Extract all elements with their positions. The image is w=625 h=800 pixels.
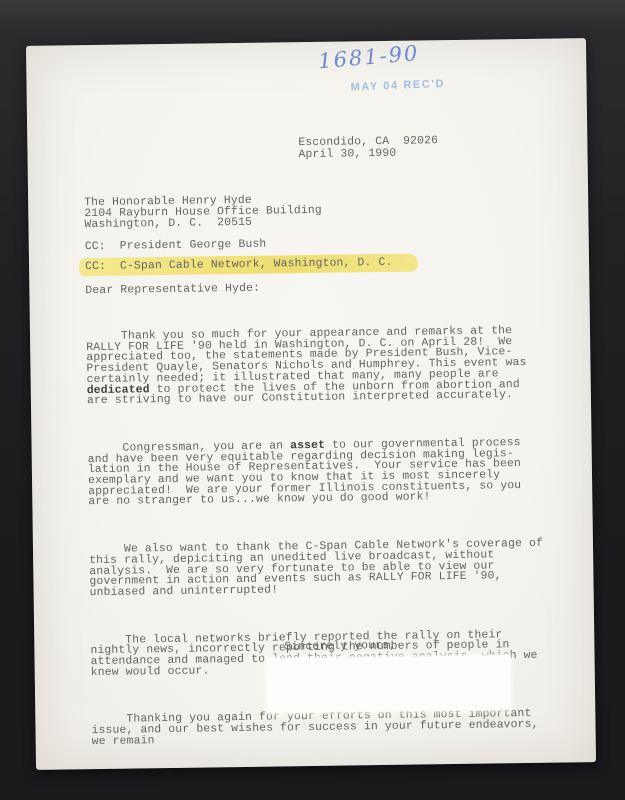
salutation: Dear Representative Hyde:: [85, 284, 260, 297]
paragraph-1: Thank you so much for your appearance an…: [86, 325, 569, 407]
dateline-date: April 30, 1990: [298, 148, 396, 161]
paragraph-1-text-end: to protect the lives of the unborn from …: [87, 379, 520, 408]
paragraph-5: Thanking you again for your efforts on t…: [91, 709, 573, 748]
received-date-stamp: MAY 04 REC'D: [350, 78, 445, 94]
closing-line: Sincerely yours,: [284, 641, 396, 654]
paragraph-2: Congressman, you are an asset to our gov…: [88, 437, 571, 508]
paragraph-3: We also want to thank the C-Span Cable N…: [89, 539, 572, 599]
yellow-highlighted-cc-text: CC: C-Span Cable Network, Washington, D.…: [79, 253, 419, 276]
letter-page: 1681-90 MAY 04 REC'D Escondido, CA 92026…: [26, 38, 596, 770]
letter-body: Thank you so much for your appearance an…: [86, 303, 575, 784]
dateline: Escondido, CA 92026 April 30, 1990: [298, 136, 438, 162]
recipient-city: Washington, D. C. 20515: [84, 217, 252, 231]
redacted-signature-area: [268, 655, 511, 712]
paragraph-1-text: Thank you so much for your appearance an…: [86, 325, 527, 386]
handwritten-case-number: 1681-90: [317, 41, 420, 73]
cc-president-line: CC: President George Bush: [85, 240, 267, 254]
scanned-letter-photo: 1681-90 MAY 04 REC'D Escondido, CA 92026…: [0, 0, 625, 800]
cc-cspan-line: CC: C-Span Cable Network, Washington, D.…: [85, 257, 418, 273]
recipient-address: The Honorable Henry Hyde 2104 Rayburn Ho…: [84, 195, 322, 231]
